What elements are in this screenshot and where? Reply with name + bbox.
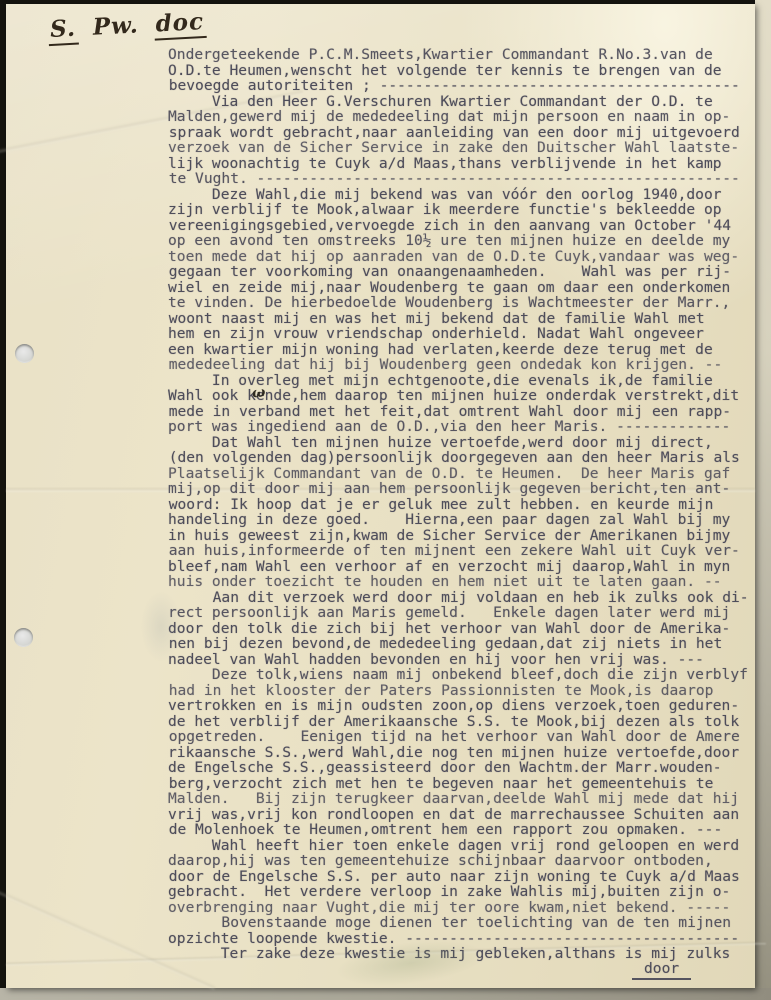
document-line: vrij was,vrij kon rondloopen en dat de m… [168,807,754,823]
page-curl-edge [755,0,771,1000]
annotation-suffix: doc [153,8,207,41]
punch-hole-bottom [14,628,33,647]
document-line: door de Engelsche S.S. per auto naar zij… [169,869,755,885]
paper-page: S. Pw. doc Ondergeteekende P.C.M.Smeets,… [6,4,755,988]
document-line: nen bij dezen bevond,de mededeeling geda… [169,636,755,652]
document-line: in huis geweest zijn,kwam de Sicher Serv… [168,528,754,544]
document-line: een kwartier mijn woning had verlaten,ke… [168,342,754,358]
document-line: O.D.te Heumen,wenscht het volgende ter k… [168,63,754,79]
document-line: (den volgenden dag)persoonlijk doorgegev… [169,450,755,466]
document-line: opzichte loopende kwestie. -------------… [168,931,754,947]
annotation-prefix: S. [47,15,78,47]
document-line: door den tolk die zich bij het verhoor v… [168,621,754,637]
document-line: Bovenstaande moge dienen ter toelichting… [169,915,755,931]
document-line: hem en zijn vrouw vriendschap onderhield… [168,326,754,342]
document-line: de Molenhoek te Heumen,omtrent hem een r… [169,822,755,838]
document-line: rect persoonlijk aan Maris gemeld. Enkel… [168,605,754,621]
document-line: handeling in deze goed. Hierna,een paar … [168,512,754,528]
document-line: huis onder toezicht te houden en hem nie… [168,574,754,590]
document-line: wiel en zeide mij,naar Woudenberg te gaa… [168,280,754,296]
handwritten-insertion-mark: ω [251,384,266,401]
handwritten-annotation: S. Pw. doc [47,8,206,43]
document-line: op een avond ten omstreeks 10½ ure ten m… [168,233,754,249]
document-line: spraak wordt gebracht,naar aanleiding va… [169,125,755,141]
document-line: gegaan ter voorkoming van onaangenaamhed… [169,264,755,280]
document-line: bleef,nam Wahl een verhoor af en verzoch… [168,559,754,575]
punch-hole-top [15,344,34,363]
document-line: Plaatselijk Commandant van de O.D. te He… [168,466,754,482]
document-line: de het verblijf der Amerikaansche S.S. t… [168,714,754,730]
document-line: bevoegde autoriteiten ; ----------------… [169,78,755,94]
document-line: mededeeling dat hij bij Woudenberg geen … [169,357,755,373]
document-line: Malden,gewerd mij de mededeeling dat mij… [168,109,754,125]
document-line: daarop,hij was ten gemeentehuize schijnb… [168,853,754,869]
document-line: Deze Wahl,die mij bekend was van vóór de… [168,187,754,203]
document-line: nadeel van Wahl hadden bevonden en hij v… [168,652,754,668]
annotation-middle: Pw. [92,11,139,40]
document-line: Deze tolk,wiens naam mij onbekend bleef,… [168,667,754,683]
document-line: vereenigingsgebied,vervoegde zich in den… [169,218,755,234]
document-line: port was ingediend aan de O.D.,via den h… [168,419,754,435]
document-line: de Engelsche S.S.,geassisteerd door den … [168,760,754,776]
document-body: Ondergeteekende P.C.M.Smeets,Kwartier Co… [168,47,754,962]
document-line: Dat Wahl ten mijnen huize vertoefde,werd… [168,435,754,451]
document-line: had in het klooster der Paters Passionni… [169,683,755,699]
document-line: opgetreden. Eenigen tijd na het verhoor … [169,729,755,745]
document-line: Ondergeteekende P.C.M.Smeets,Kwartier Co… [168,47,754,63]
document-line: overbrenging naar Vught,die mij ter oore… [168,900,754,916]
document-scan: S. Pw. doc Ondergeteekende P.C.M.Smeets,… [0,0,771,1000]
document-line: woont naast mij en was het mij bekend da… [169,311,755,327]
document-line: berg,verzocht zich met hen te begeven na… [169,776,755,792]
document-line: mede in verband met het feit,dat omtrent… [169,404,755,420]
document-line: rikaansche S.S.,werd Wahl,die nog ten mi… [168,745,754,761]
document-line: toen mede dat hij op aanraden van de O.D… [168,249,754,265]
document-line: zijn verblijf te Mook,alwaar ik meerdere… [168,202,754,218]
document-line: verzoek van de Sicher Service in zake de… [168,140,754,156]
document-line: Aan dit verzoek werd door mij voldaan en… [169,590,755,606]
document-line: woord: Ik hoop dat je er geluk mee zult … [169,497,755,513]
document-line: Malden. Bij zijn terugkeer daarvan,deeld… [168,791,754,807]
document-line: lijk woonachtig te Cuyk a/d Maas,thans v… [168,156,754,172]
document-line: te vinden. De hierbedoelde Woudenberg is… [168,295,754,311]
document-line: Wahl heeft hier toen enkele dagen vrij r… [168,838,754,854]
document-line: aan huis,informeerde of ten mijnent een … [169,543,755,559]
scan-bottom-edge [0,988,771,1000]
page-continuation-word: door [632,960,691,980]
document-line: vertrokken en is mijn oudsten zoon,op di… [168,698,754,714]
document-line: Via den Heer G.Verschuren Kwartier Comma… [168,94,754,110]
document-line: mij,op dit door mij aan hem persoonlijk … [168,481,754,497]
document-line: gebracht. Het verdere verloop in zake Wa… [168,884,754,900]
document-line: te Vught. ------------------------------… [169,171,755,187]
